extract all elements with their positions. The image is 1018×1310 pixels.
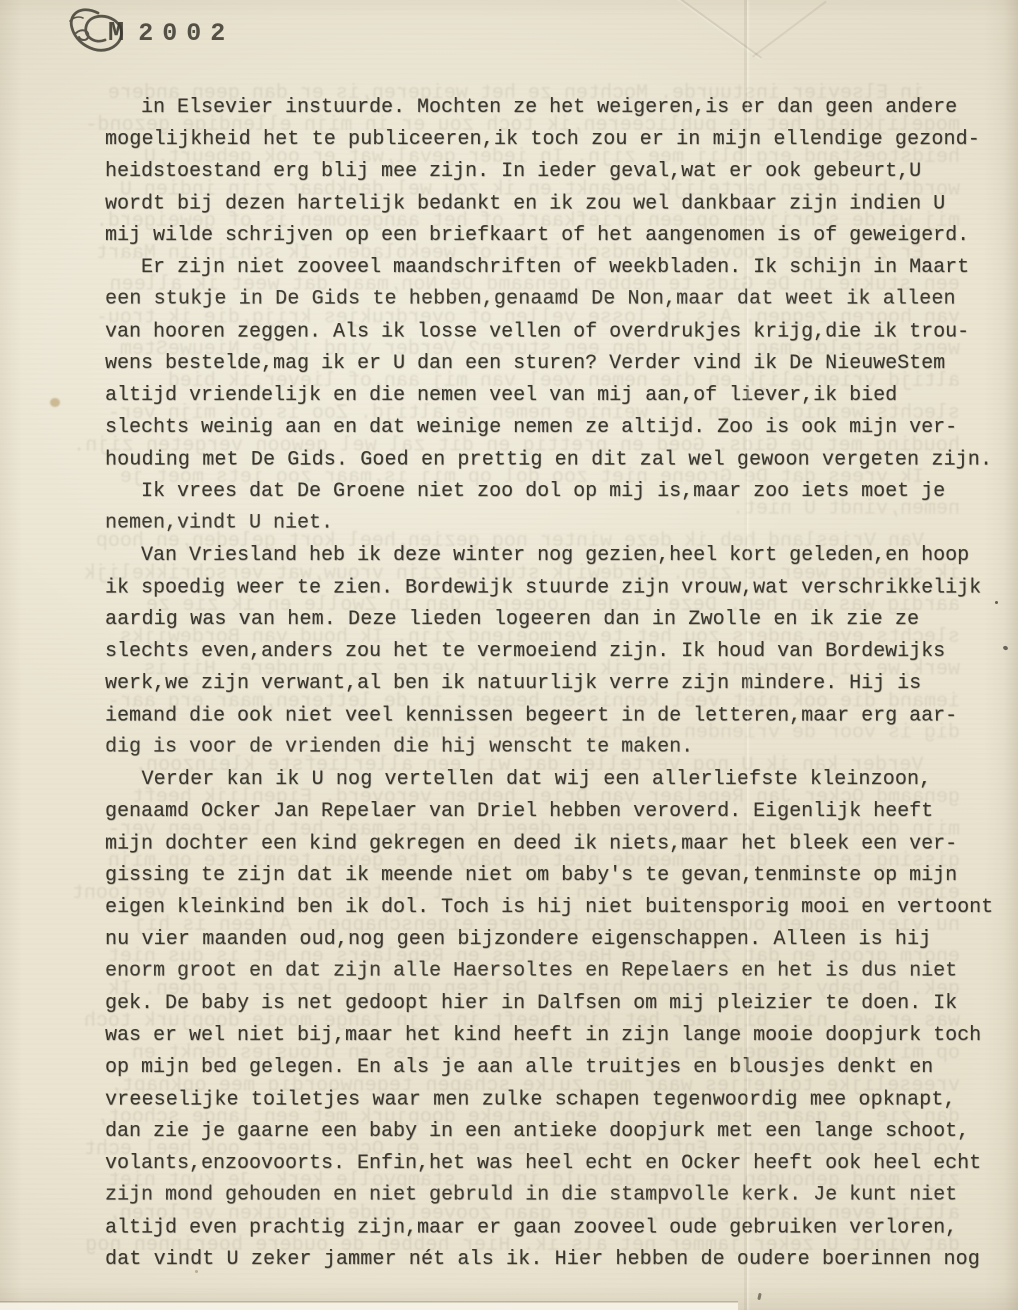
scanned-letter-page: in Elsevier instuurde. Mochten ze het we… — [0, 0, 1018, 1310]
typewritten-letter-body: in Elsevier instuurde. Mochten ze het we… — [105, 92, 993, 1276]
letter-line: Van Vriesland heb ik deze winter nog gez… — [105, 540, 993, 572]
letter-line: wordt bij dezen hartelijk bedankt en ik … — [105, 189, 993, 221]
letter-line: volants,enzoovoorts. Enfin,het was heel … — [105, 1148, 993, 1180]
letter-line: mijn dochter een kind gekregen en deed i… — [105, 829, 993, 861]
letter-line: nu vier maanden oud,nog geen bijzondere … — [105, 924, 993, 956]
letter-line: genaamd Ocker Jan Repelaer van Driel heb… — [105, 796, 993, 828]
letter-line: mij wilde schrijven op een briefkaart of… — [105, 220, 993, 252]
letter-line: in Elsevier instuurde. Mochten ze het we… — [105, 92, 993, 124]
archive-stamp: M 2002 — [64, 5, 234, 59]
letter-line: altijd vriendelijk en die nemen veel van… — [105, 380, 993, 412]
diagonal-crease-top-left — [677, 0, 762, 59]
letter-line: vreeselijke toiletjes waar men zulke sch… — [105, 1085, 993, 1117]
letter-line: slechts weinig aan en dat weinige nemen … — [105, 412, 993, 444]
letter-line: zijn mond gehouden en niet gebruld in di… — [105, 1180, 993, 1212]
paper-speck — [995, 601, 998, 604]
letter-line: enorm groot en dat zijn alle Haersoltes … — [105, 956, 993, 988]
letter-line: werk,we zijn verwant,al ben ik natuurlij… — [105, 668, 993, 700]
letter-line: Ik vrees dat De Groene niet zoo dol op m… — [105, 476, 993, 508]
stamp-number: 2002 — [138, 19, 234, 48]
paper-speck — [1002, 645, 1008, 651]
letter-line: dat vindt U zeker jammer nét als ik. Hie… — [105, 1244, 993, 1276]
letter-line: dan zie je gaarne een baby in een antiek… — [105, 1116, 993, 1148]
letter-line: van hooren zeggen. Als ik losse vellen o… — [105, 317, 993, 349]
letter-line: gek. De baby is net gedoopt hier in Dalf… — [105, 988, 993, 1020]
letter-line: op mijn bed gelegen. En als je aan alle … — [105, 1052, 993, 1084]
letter-line: heidstoestand erg blij mee zijn. In iede… — [105, 156, 993, 188]
paper-speck — [757, 1293, 761, 1300]
foxing-spot — [50, 398, 60, 407]
letter-line: eigen kleinkind ben ik dol. Toch is hij … — [105, 892, 993, 924]
stamp-letter: M — [108, 19, 124, 49]
diagonal-crease-top-right — [752, 1, 827, 58]
letter-line: houding met De Gids. Goed en prettig en … — [105, 445, 993, 477]
letter-line: ik spoedig weer te zien. Bordewijk stuur… — [105, 573, 993, 605]
letter-line: nemen,vindt U niet. — [105, 508, 993, 540]
letter-line: slechts even,anders zou het te vermoeien… — [105, 636, 993, 668]
letter-line: Verder kan ik U nog vertellen dat wij ee… — [105, 764, 993, 796]
letter-line: aardig was van hem. Deze lieden logeeren… — [105, 604, 993, 636]
letter-line: Er zijn niet zooveel maandschriften of w… — [105, 252, 993, 284]
letter-line: was er wel niet bij,maar het kind heeft … — [105, 1020, 993, 1052]
letter-line: een stukje in De Gids te hebben,genaamd … — [105, 284, 993, 316]
paraph-flourish-icon — [64, 3, 138, 62]
letter-line: altijd even prachtig zijn,maar er gaan z… — [105, 1213, 993, 1245]
letter-line: gissing te zijn dat ik meende niet om ba… — [105, 860, 993, 892]
letter-line: iemand die ook niet veel kennissen begee… — [105, 701, 993, 733]
letter-line: wens bestelde,mag ik er U dan een sturen… — [105, 348, 993, 380]
letter-line: dig is voor de vrienden die hij wenscht … — [105, 732, 993, 764]
bottom-edge-fold — [0, 1301, 738, 1310]
letter-line: mogelijkheid het te publiceeren,ik toch … — [105, 124, 993, 156]
